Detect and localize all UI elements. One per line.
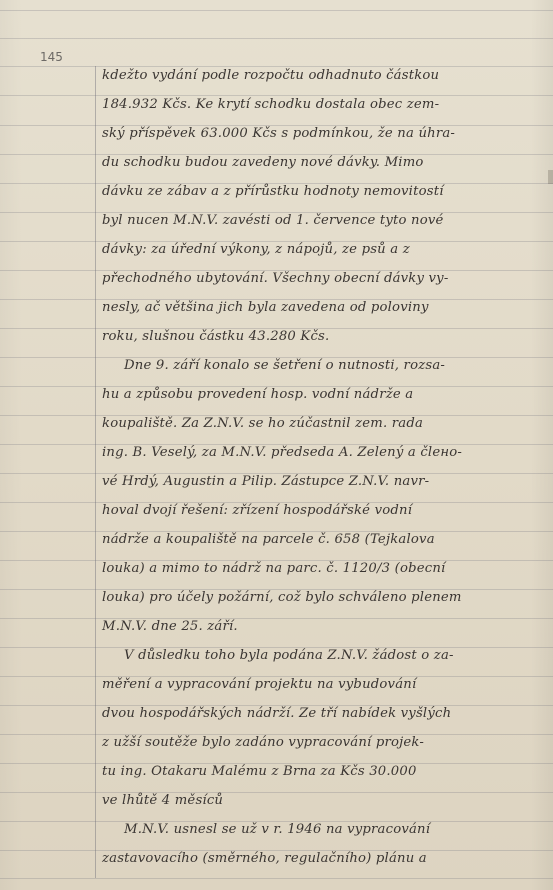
text-line: V důsledku toho byla podána Z.N.V. žádos…	[124, 648, 553, 663]
text-line: z užší soutěže bylo zadáno vypracování p…	[102, 735, 547, 750]
text-line: byl nucen M.N.V. zavésti od 1. července …	[102, 213, 547, 228]
text-line: 184.932 Kčs. Ke krytí schodku dostala ob…	[102, 97, 547, 112]
text-line: hu a způsobu provedení hosp. vodní nádrž…	[102, 387, 547, 402]
text-line: roku, slušnou částku 43.280 Kčs.	[102, 329, 547, 344]
text-line: nádrže a koupaliště na parcele č. 658 (T…	[102, 532, 547, 547]
text-line: M.N.V. dne 25. září.	[102, 619, 547, 634]
text-line: du schodku budou zavedeny nové dávky. Mi…	[102, 155, 547, 170]
page-edge-mark	[548, 170, 553, 184]
text-line: kdežto vydání podle rozpočtu odhadnuto č…	[102, 68, 547, 83]
text-line: Dne 9. září konalo se šetření o nutnosti…	[124, 358, 553, 373]
ruled-line	[0, 878, 553, 879]
text-line: louka) pro účely požární, což bylo schvá…	[102, 590, 547, 605]
text-line: ve lhůtě 4 měsíců	[102, 793, 547, 808]
page-number: 145	[40, 50, 63, 64]
text-line: měření a vypracování projektu na vybudov…	[102, 677, 547, 692]
text-line: vé Hrdý, Augustin a Pilip. Zástupce Z.N.…	[102, 474, 547, 489]
text-line: přechodného ubytování. Všechny obecní dá…	[102, 271, 547, 286]
text-line: hoval dvojí řešení: zřízení hospodářské …	[102, 503, 547, 518]
manuscript-page: 145 kdežto vydání podle rozpočtu odhadnu…	[0, 0, 553, 890]
text-line: koupaliště. Za Z.N.V. se ho zúčastnil ze…	[102, 416, 547, 431]
ruled-line	[0, 10, 553, 11]
margin-line	[95, 66, 96, 878]
ruled-line	[0, 66, 553, 67]
text-line: nesly, ač většina jich byla zavedena od …	[102, 300, 547, 315]
ruled-line	[0, 38, 553, 39]
text-line: tu ing. Otakaru Malému z Brna za Kčs 30.…	[102, 764, 547, 779]
text-line: zastavovacího (směrného, regulačního) pl…	[102, 851, 547, 866]
text-line: ing. B. Veselý, za M.N.V. předseda A. Ze…	[102, 445, 547, 460]
text-line: dvou hospodářských nádrží. Ze tří nabíde…	[102, 706, 547, 721]
text-line: M.N.V. usnesl se už v r. 1946 na vypraco…	[124, 822, 553, 837]
text-line: dávku ze zábav a z přírůstku hodnoty nem…	[102, 184, 547, 199]
text-line: louka) a mimo to nádrž na parc. č. 1120/…	[102, 561, 547, 576]
text-line: ský příspěvek 63.000 Kčs s podmínkou, že…	[102, 126, 547, 141]
text-line: dávky: za úřední výkony, z nápojů, ze ps…	[102, 242, 547, 257]
ruled-line	[0, 95, 553, 96]
